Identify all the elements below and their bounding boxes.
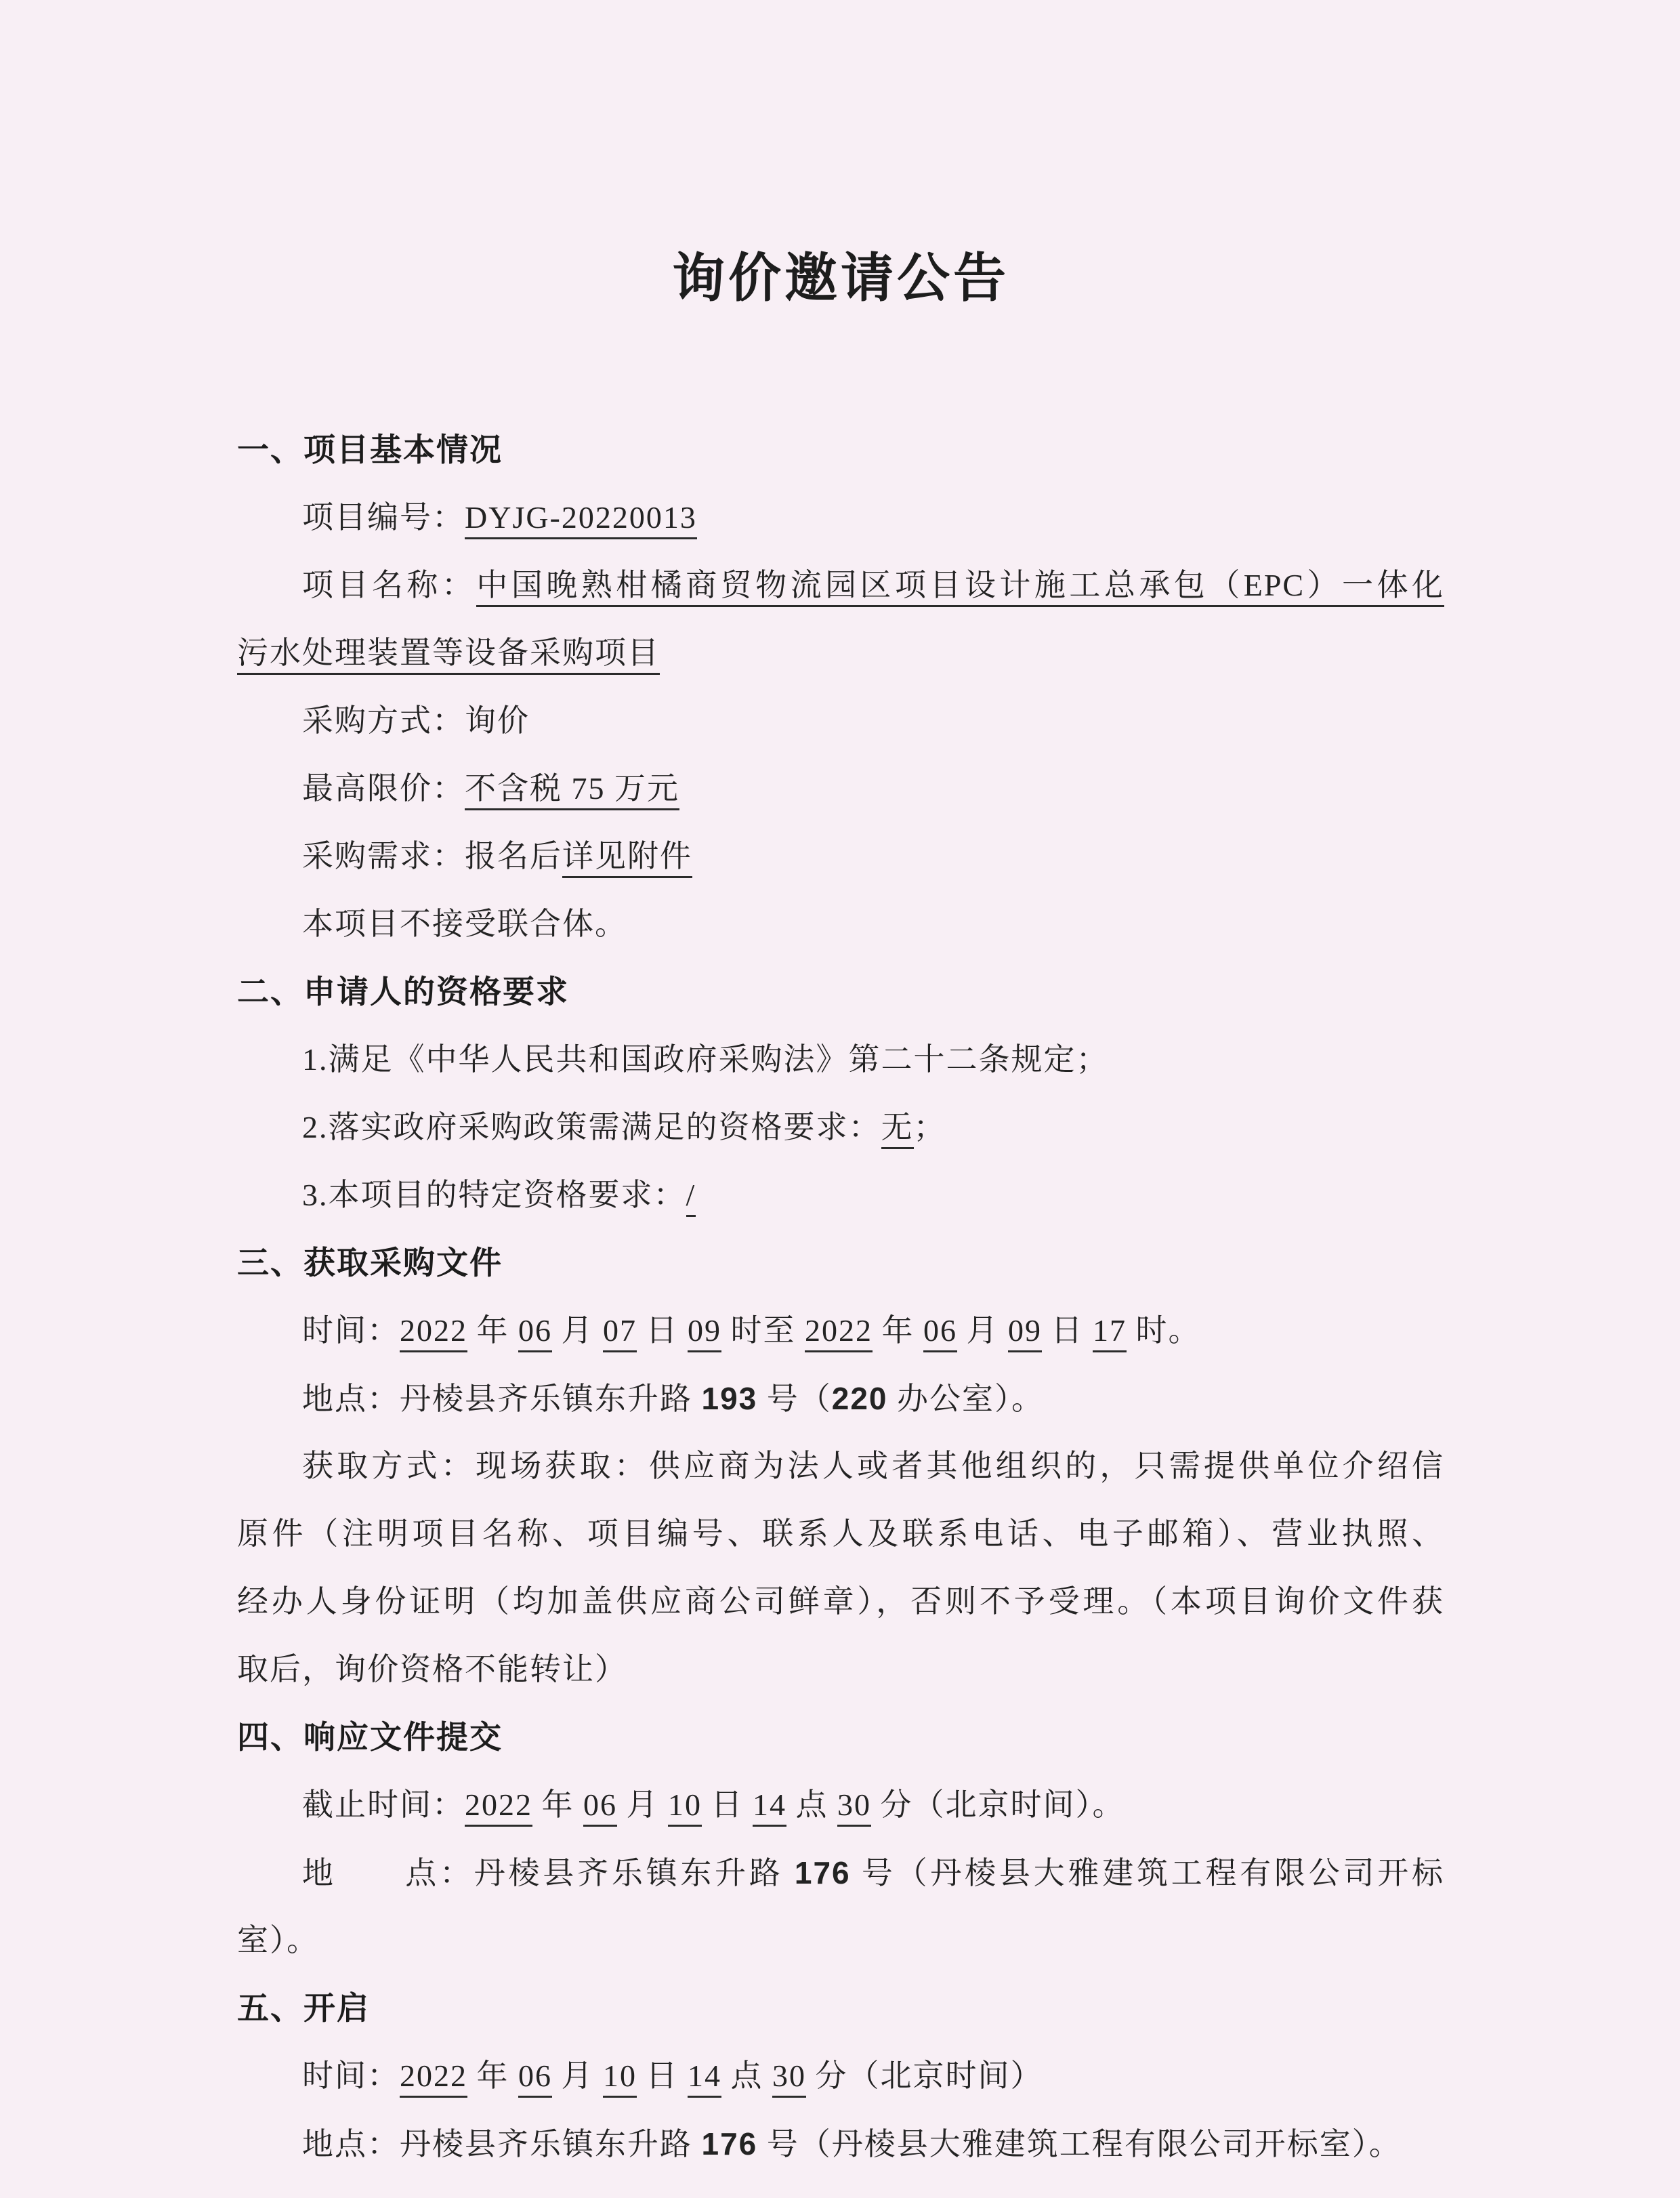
text-segment: 截止时间： xyxy=(302,1787,465,1822)
text-line: 最高限价：不含税 75 万元 xyxy=(237,755,1444,823)
text-line: 地点：丹棱县齐乐镇东升路 176 号（丹棱县大雅建筑工程有限公司开标室）。 xyxy=(237,2110,1444,2178)
underlined-value: 详见附件 xyxy=(562,839,692,878)
text-line: 时间：2022 年 06 月 10 日 14 点 30 分（北京时间） xyxy=(237,2042,1444,2110)
text-segment: 地点：丹棱县齐乐镇东升路 xyxy=(302,2127,702,2161)
section-heading: 四、响应文件提交 xyxy=(237,1703,1444,1771)
text-segment: 分（北京时间）。 xyxy=(871,1787,1125,1822)
text-segment: 月 xyxy=(617,1787,668,1822)
text-line: 获取方式：现场获取：供应商为法人或者其他组织的，只需提供单位介绍信 xyxy=(237,1432,1444,1500)
text-line: 截止时间：2022 年 06 月 10 日 14 点 30 分（北京时间）。 xyxy=(237,1771,1444,1839)
text-segment: 最高限价： xyxy=(302,771,465,806)
text-segment: 二、申请人的资格要求 xyxy=(237,974,569,1010)
text-segment: 176 xyxy=(795,1855,851,1890)
text-segment: 地 点：丹棱县齐乐镇东升路 xyxy=(302,1856,795,1890)
text-segment: 获取方式：现场获取：供应商为法人或者其他组织的，只需提供单位介绍信 xyxy=(302,1449,1444,1483)
text-segment: 地点：丹棱县齐乐镇东升路 xyxy=(302,1382,702,1416)
text-segment: 年 xyxy=(467,1313,518,1348)
document-title: 询价邀请公告 xyxy=(237,0,1444,320)
text-segment: 日 xyxy=(637,2058,688,2093)
text-segment: 室）。 xyxy=(237,1923,319,1957)
text-segment: 220 xyxy=(832,1381,888,1416)
underlined-value: 17 xyxy=(1093,1313,1127,1352)
text-segment: 项目名称： xyxy=(302,568,476,602)
text-segment: 号（丹棱县大雅建筑工程有限公司开标 xyxy=(851,1856,1444,1890)
text-segment: 号（丹棱县大雅建筑工程有限公司开标室）。 xyxy=(757,2127,1402,2161)
text-line: 项目名称：中国晚熟柑橘商贸物流园区项目设计施工总承包（EPC）一体化 xyxy=(237,552,1444,619)
text-line: 污水处理装置等设备采购项目 xyxy=(237,619,1444,687)
underlined-value: 30 xyxy=(837,1787,871,1827)
underlined-value: 06 xyxy=(923,1313,957,1352)
text-line: 地 点：丹棱县齐乐镇东升路 176 号（丹棱县大雅建筑工程有限公司开标 xyxy=(237,1839,1444,1907)
text-segment: 日 xyxy=(1042,1313,1093,1348)
text-segment: 1.满足《中华人民共和国政府采购法》第二十二条规定； xyxy=(302,1042,1109,1077)
underlined-value: 09 xyxy=(688,1313,721,1352)
text-segment: 2.落实政府采购政策需满足的资格要求： xyxy=(302,1110,881,1144)
text-line: 采购方式：询价 xyxy=(237,687,1444,755)
underlined-value: 06 xyxy=(518,1313,552,1352)
scanned-document-page: 询价邀请公告 一、项目基本情况项目编号：DYJG-20220013项目名称：中国… xyxy=(0,0,1680,2198)
underlined-value: 中国晚熟柑橘商贸物流园区项目设计施工总承包（EPC）一体化 xyxy=(476,568,1444,607)
underlined-value: DYJG-20220013 xyxy=(465,500,697,539)
underlined-value: 2022 xyxy=(400,1313,467,1352)
text-segment: 年 xyxy=(467,2058,518,2093)
text-segment: 日 xyxy=(637,1313,688,1348)
section-heading: 五、开启 xyxy=(237,1974,1444,2042)
underlined-value: 30 xyxy=(772,2058,806,2098)
underlined-value: 2022 xyxy=(400,2058,467,2098)
text-segment: 办公室）。 xyxy=(888,1382,1045,1416)
text-segment: 时。 xyxy=(1127,1313,1201,1348)
text-segment: 经办人身份证明（均加盖供应商公司鲜章），否则不予受理。（本项目询价文件获 xyxy=(237,1584,1444,1619)
section-heading: 一、项目基本情况 xyxy=(237,416,1444,484)
text-segment: 年 xyxy=(532,1787,583,1822)
text-segment: 193 xyxy=(702,1381,758,1416)
text-segment: 时间： xyxy=(302,2058,400,2093)
text-line: 采购需求：报名后详见附件 xyxy=(237,823,1444,890)
underlined-value: 06 xyxy=(583,1787,617,1827)
text-line: 室）。 xyxy=(237,1907,1444,1974)
section-heading: 三、获取采购文件 xyxy=(237,1229,1444,1297)
underlined-value: / xyxy=(686,1178,696,1217)
underlined-value: 2022 xyxy=(805,1313,873,1352)
text-segment: 一、项目基本情况 xyxy=(237,432,503,468)
text-segment: ； xyxy=(914,1110,946,1144)
underlined-value: 无 xyxy=(881,1110,914,1149)
underlined-value: 10 xyxy=(603,2058,637,2098)
underlined-value: 10 xyxy=(668,1787,702,1827)
text-line: 取后，询价资格不能转让） xyxy=(237,1636,1444,1703)
underlined-value: 2022 xyxy=(465,1787,532,1827)
text-segment: 月 xyxy=(552,1313,603,1348)
text-line: 经办人身份证明（均加盖供应商公司鲜章），否则不予受理。（本项目询价文件获 xyxy=(237,1568,1444,1636)
text-line: 项目编号：DYJG-20220013 xyxy=(237,484,1444,552)
text-line: 本项目不接受联合体。 xyxy=(237,890,1444,958)
text-line: 时间：2022 年 06 月 07 日 09 时至 2022 年 06 月 09… xyxy=(237,1297,1444,1365)
text-segment: 时至 xyxy=(721,1313,805,1348)
text-segment: 项目编号： xyxy=(302,500,465,535)
text-segment: 176 xyxy=(702,2126,758,2161)
underlined-value: 14 xyxy=(688,2058,721,2098)
underlined-value: 不含税 75 万元 xyxy=(465,771,679,810)
text-segment: 日 xyxy=(702,1787,753,1822)
text-segment: 采购方式：询价 xyxy=(302,703,530,738)
text-segment: 分（北京时间） xyxy=(806,2058,1043,2093)
text-segment: 四、响应文件提交 xyxy=(237,1719,503,1755)
text-segment: 三、获取采购文件 xyxy=(237,1245,503,1281)
text-segment: 月 xyxy=(957,1313,1008,1348)
text-segment: 原件（注明项目名称、项目编号、联系人及联系电话、电子邮箱）、营业执照、 xyxy=(237,1516,1444,1551)
text-segment: 号（ xyxy=(757,1382,832,1416)
underlined-value: 07 xyxy=(603,1313,637,1352)
text-segment: 月 xyxy=(552,2058,603,2093)
text-segment: 本项目不接受联合体。 xyxy=(302,907,627,941)
text-line: 原件（注明项目名称、项目编号、联系人及联系电话、电子邮箱）、营业执照、 xyxy=(237,1500,1444,1568)
text-line: 2.落实政府采购政策需满足的资格要求：无； xyxy=(237,1094,1444,1161)
document-body: 一、项目基本情况项目编号：DYJG-20220013项目名称：中国晚熟柑橘商贸物… xyxy=(237,416,1444,2178)
text-segment: 取后，询价资格不能转让） xyxy=(237,1652,627,1686)
text-segment: 五、开启 xyxy=(237,1990,370,2026)
text-line: 3.本项目的特定资格要求：/ xyxy=(237,1161,1444,1229)
section-heading: 二、申请人的资格要求 xyxy=(237,958,1444,1026)
text-line: 地点：丹棱县齐乐镇东升路 193 号（220 办公室）。 xyxy=(237,1365,1444,1432)
text-segment: 3.本项目的特定资格要求： xyxy=(302,1178,686,1212)
text-segment: 点 xyxy=(721,2058,772,2093)
text-segment: 点 xyxy=(786,1787,837,1822)
text-segment: 年 xyxy=(873,1313,923,1348)
underlined-value: 09 xyxy=(1008,1313,1042,1352)
underlined-value: 污水处理装置等设备采购项目 xyxy=(237,636,660,675)
underlined-value: 14 xyxy=(753,1787,786,1827)
underlined-value: 06 xyxy=(518,2058,552,2098)
text-line: 1.满足《中华人民共和国政府采购法》第二十二条规定； xyxy=(237,1026,1444,1094)
text-segment: 采购需求：报名后 xyxy=(302,839,562,873)
text-segment: 时间： xyxy=(302,1313,400,1348)
